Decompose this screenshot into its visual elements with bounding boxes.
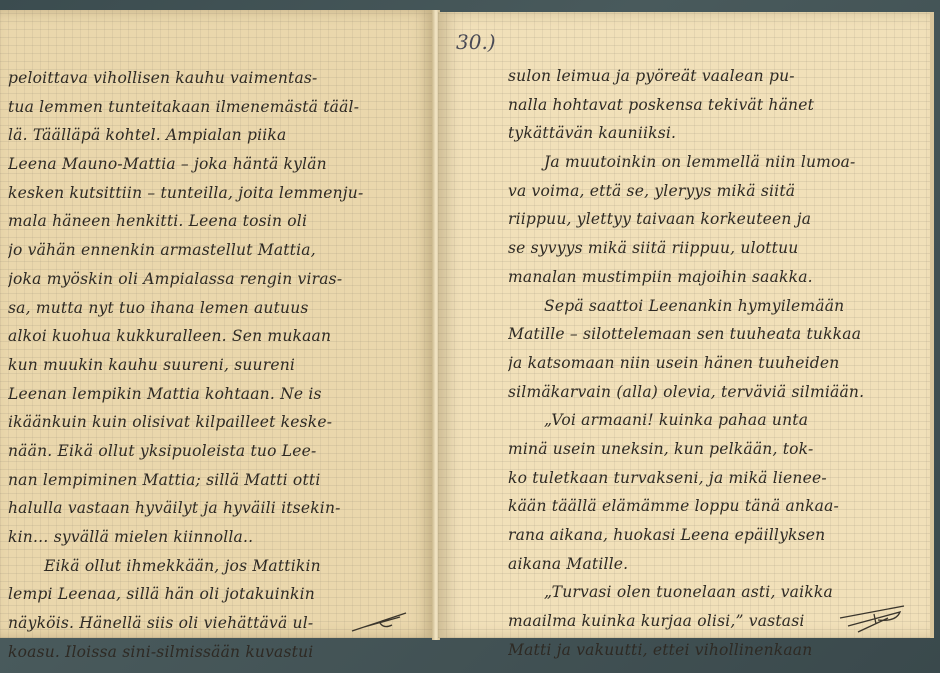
manuscript-line: ikäänkuin kuin olisivat kilpailleet kesk… [8,408,428,437]
manuscript-line: mala häneen henkitti. Leena tosin oli [8,207,428,236]
manuscript-line: Eikä ollut ihmekkään, jos Mattikin [8,552,428,581]
left-page: peloittava vihollisen kauhu vaimentas-tu… [0,10,434,638]
manuscript-line: koasu. Iloissa sini-silmissään kuvastui [8,638,428,667]
manuscript-line: Leenan lempikin Mattia kohtaan. Ne is [8,380,428,409]
manuscript-line: lä. Täälläpä kohtel. Ampialan piika [8,121,428,150]
manuscript-line: nään. Eikä ollut yksipuoleista tuo Lee- [8,437,428,466]
manuscript-line: peloittava vihollisen kauhu vaimentas- [8,64,428,93]
notebook-spread: peloittava vihollisen kauhu vaimentas-tu… [0,0,940,673]
left-page-text: peloittava vihollisen kauhu vaimentas-tu… [8,64,428,666]
manuscript-line: tykättävän kauniiksi. [508,119,928,148]
manuscript-line: va voima, että se, yleryys mikä siitä [508,177,928,206]
manuscript-line: riippuu, ylettyy taivaan korkeuteen ja [508,205,928,234]
right-page-text: sulon leimua ja pyöreät vaalean pu-nalla… [508,62,928,664]
manuscript-line: sa, mutta nyt tuo ihana lemen autuus [8,294,428,323]
manuscript-line: Matti ja vakuutti, ettei vihollinenkaan [508,636,928,665]
manuscript-line: kin… syvällä mielen kiinnolla.. [8,523,428,552]
manuscript-line: silmäkarvain (alla) olevia, terväviä sil… [508,378,928,407]
manuscript-line: alkoi kuohua kukkuralleen. Sen mukaan [8,322,428,351]
manuscript-line: kun muukin kauhu suureni, suureni [8,351,428,380]
manuscript-line: tua lemmen tunteitakaan ilmenemästä tääl… [8,93,428,122]
flourish-mark-icon [838,600,908,636]
manuscript-line: ja katsomaan niin usein hänen tuuheiden [508,349,928,378]
manuscript-line: kään täällä elämämme loppu tänä ankaa- [508,492,928,521]
manuscript-line: ko tuletkaan turvakseni, ja mikä lienee- [508,464,928,493]
manuscript-line: Leena Mauno-Mattia – joka häntä kylän [8,150,428,179]
manuscript-line: kesken kutsittiin – tunteilla, joita lem… [8,179,428,208]
manuscript-line: sulon leimua ja pyöreät vaalean pu- [508,62,928,91]
manuscript-line: nalla hohtavat poskensa tekivät hänet [508,91,928,120]
manuscript-line: „Voi armaani! kuinka pahaa unta [508,406,928,435]
manuscript-line: manalan mustimpiin majoihin saakka. [508,263,928,292]
manuscript-line: minä usein uneksin, kun pelkään, tok- [508,435,928,464]
manuscript-line: halulla vastaan hyväilyt ja hyväili itse… [8,494,428,523]
manuscript-line: Matille – silottelemaan sen tuuheata tuk… [508,320,928,349]
flourish-mark-icon [350,605,410,635]
manuscript-line: jo vähän ennenkin armastellut Mattia, [8,236,428,265]
manuscript-line: rana aikana, huokasi Leena epäillyksen [508,521,928,550]
right-page: 30.) sulon leimua ja pyöreät vaalean pu-… [438,12,930,638]
manuscript-line: joka myöskin oli Ampialassa rengin viras… [8,265,428,294]
manuscript-line: nan lempiminen Mattia; sillä Matti otti [8,466,428,495]
manuscript-line: aikana Matille. [508,550,928,579]
manuscript-line: Sepä saattoi Leenankin hymyilemään [508,292,928,321]
manuscript-line: se syvyys mikä siitä riippuu, ulottuu [508,234,928,263]
page-number: 30.) [456,30,496,54]
manuscript-line: Ja muutoinkin on lemmellä niin lumoa- [508,148,928,177]
